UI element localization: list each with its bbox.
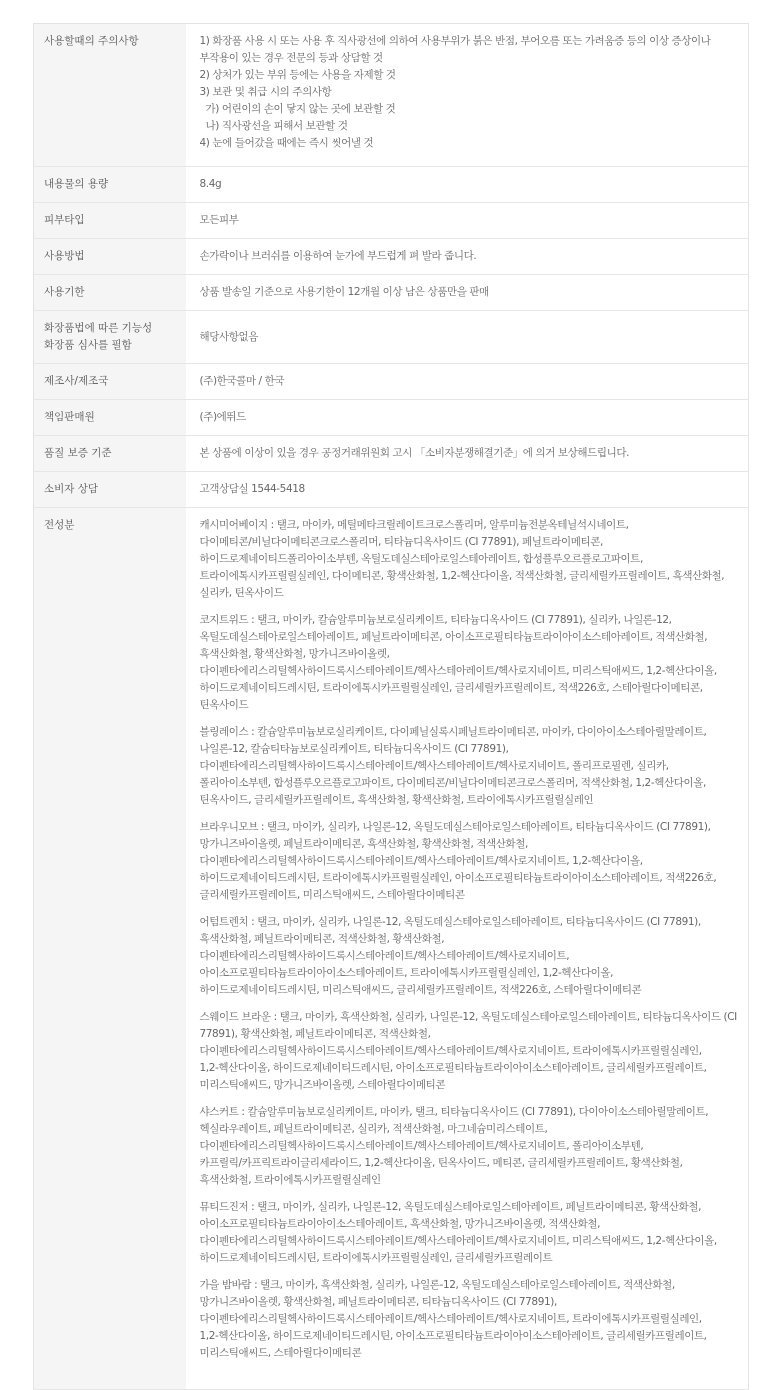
caution-line: 가) 어린이의 손이 닿지 않는 곳에 보관할 것 xyxy=(200,101,739,118)
ingredient-line: 다이펜타에리스리틸헥사하이드록시스테아레이트/헥사스테아레이트/헥사로지네이트,… xyxy=(200,853,739,870)
ingredient-line: 나일론-12, 칼슘티타늄보로실리케이트, 티타늄디옥사이드 (CI 77891… xyxy=(200,741,739,758)
ingredient-block: 샤스커트 : 칼슘알루미늄보로실리케이트, 마이카, 탤크, 티타늄디옥사이드 … xyxy=(200,1104,739,1189)
row-manufacturer: 제조사/제조국 (주)한국콜마 / 한국 xyxy=(34,364,749,400)
ingredient-line: 1,2-헥산다이올, 하이드로제네이티드레시틴, 아이소프로필티타늄트라이아이소… xyxy=(200,1328,739,1345)
ingredient-line: 다이펜타에리스리틸헥사하이드록시스테아레이트/헥사스테아레이트/헥사로지네이트,… xyxy=(200,758,739,775)
row-expiry: 사용기한 상품 발송일 기준으로 사용기한이 12개월 이상 남은 상품만을 판… xyxy=(34,275,749,311)
consumer-value: 고객상담실 1544-5418 xyxy=(186,472,749,508)
ingredient-line: 코지트위드 : 탤크, 마이카, 칼슘알루미늄보로실리케이트, 티타늄디옥사이드… xyxy=(200,612,739,629)
ingredient-line: 틴옥사이드 xyxy=(200,697,739,714)
ingredient-line: 실리카, 틴옥사이드 xyxy=(200,585,739,602)
ingredient-line: 흑색산화철, 트라이에톡시카프릴릴실레인 xyxy=(200,1172,739,1189)
ingredient-block: 브라우니모브 : 탤크, 마이카, 실리카, 나일론-12, 옥틸도데실스테아로… xyxy=(200,819,739,904)
ingredient-block: 캐시미어베이지 : 탤크, 마이카, 메틸메타크릴레이트크로스폴리머, 알루미늄… xyxy=(200,517,739,602)
caution-line: 부작용이 있는 경우 전문의 등과 상담할 것 xyxy=(200,50,739,67)
consumer-label: 소비자 상담 xyxy=(34,472,186,508)
ingredient-line: 트라이에톡시카프릴릴실레인, 다이메티콘, 황색산화철, 1,2-헥산다이올, … xyxy=(200,568,739,585)
ingredient-line: 흑색산화철, 황색산화철, 망가니즈바이올렛, xyxy=(200,646,739,663)
caution-line: 나) 직사광선을 피해서 보관할 것 xyxy=(200,118,739,135)
ingredient-block: 뮤티드진저 : 탤크, 마이카, 실리카, 나일론-12, 옥틸도데실스테아로일… xyxy=(200,1199,739,1267)
ingredient-line: 하이드로제네이티드폴리아이소부텐, 옥틸도데실스테아로일스테아레이트, 합성플루… xyxy=(200,551,739,568)
ingredient-line: 다이펜타에리스리틸헥사하이드록시스테아레이트/헥사스테아레이트/헥사로지네이트,… xyxy=(200,1311,739,1328)
ingredient-line: 헥실라우레이트, 페닐트라이메티콘, 실리카, 적색산화철, 마그네슘미리스테이… xyxy=(200,1121,739,1138)
ingredient-line: 77891), 황색산화철, 페닐트라이메티콘, 적색산화철, xyxy=(200,1026,739,1043)
row-volume: 내용물의 용량 8.4g xyxy=(34,167,749,203)
ingredient-line: 아이소프로필티타늄트라이아이소스테아레이트, 트라이에톡시카프릴릴실레인, 1,… xyxy=(200,965,739,982)
ingredient-line: 스웨이드 브라운 : 탤크, 마이카, 흑색산화철, 실리카, 나일론-12, … xyxy=(200,1009,739,1026)
volume-value: 8.4g xyxy=(186,167,749,203)
functional-value: 해당사항없음 xyxy=(186,311,749,364)
ingredient-line: 하이드로제네이티드레시틴, 트라이에톡시카프릴릴실레인, 글리세릴카프릴레이트,… xyxy=(200,680,739,697)
ingredient-line: 뮤티드진저 : 탤크, 마이카, 실리카, 나일론-12, 옥틸도데실스테아로일… xyxy=(200,1199,739,1216)
volume-label: 내용물의 용량 xyxy=(34,167,186,203)
ingredient-line: 다이펜타에리스리틸헥사하이드록시스테아레이트/헥사스테아레이트/헥사로지네이트,… xyxy=(200,1043,739,1060)
manufacturer-label: 제조사/제조국 xyxy=(34,364,186,400)
seller-value: (주)에뛰드 xyxy=(186,400,749,436)
ingredient-line: 하이드로제네이티드레시틴, 트라이에톡시카프릴릴실레인, 글리세릴카프릴레이트 xyxy=(200,1250,739,1267)
functional-label-line: 화장품법에 따른 기능성 xyxy=(44,320,176,337)
caution-value: 1) 화장품 사용 시 또는 사용 후 직사광선에 의하여 사용부위가 붉은 반… xyxy=(186,24,749,167)
ingredient-line: 미리스틱애씨드, 스테아릴다이메티콘 xyxy=(200,1345,739,1362)
caution-line: 1) 화장품 사용 시 또는 사용 후 직사광선에 의하여 사용부위가 붉은 반… xyxy=(200,33,739,50)
row-quality: 품질 보증 기준 본 상품에 이상이 있을 경우 공정거래위원회 고시 「소비자… xyxy=(34,436,749,472)
ingredient-line: 글리세릴카프릴레이트, 미리스틱애씨드, 스테아릴다이메티콘 xyxy=(200,887,739,904)
usage-label: 사용방법 xyxy=(34,239,186,275)
row-ingredients: 전성분 캐시미어베이지 : 탤크, 마이카, 메틸메타크릴레이트크로스폴리머, … xyxy=(34,508,749,1390)
ingredient-line: 다이펜타에리스리틸헥사하이드록시스테아레이트/헥사스테아레이트/헥사로지네이트, xyxy=(200,948,739,965)
ingredient-line: 다이펜타에리스리틸헥사하이드록시스테아레이트/헥사스테아레이트/헥사로지네이트,… xyxy=(200,663,739,680)
ingredient-line: 다이펜타에리스리틸헥사하이드록시스테아레이트/헥사스테아레이트/헥사로지네이트,… xyxy=(200,1233,739,1250)
ingredient-block: 블링레이스 : 칼슘알루미늄보로실리케이트, 다이페닐실록시페닐트라이메티콘, … xyxy=(200,724,739,809)
expiry-label: 사용기한 xyxy=(34,275,186,311)
ingredient-line: 샤스커트 : 칼슘알루미늄보로실리케이트, 마이카, 탤크, 티타늄디옥사이드 … xyxy=(200,1104,739,1121)
ingredient-block: 가을 밤바람 : 탤크, 마이카, 흑색산화철, 실리카, 나일론-12, 옥틸… xyxy=(200,1277,739,1362)
ingredient-line: 어텀트렌치 : 탤크, 마이카, 실리카, 나일론-12, 옥틸도데실스테아로일… xyxy=(200,914,739,931)
caution-line: 4) 눈에 들어갔을 때에는 즉시 씻어낼 것 xyxy=(200,135,739,152)
ingredient-line: 1,2-헥산다이올, 하이드로제네이티드레시틴, 아이소프로필티타늄트라이아이소… xyxy=(200,1060,739,1077)
row-seller: 책임판매원 (주)에뛰드 xyxy=(34,400,749,436)
ingredient-line: 블링레이스 : 칼슘알루미늄보로실리케이트, 다이페닐실록시페닐트라이메티콘, … xyxy=(200,724,739,741)
ingredient-block: 어텀트렌치 : 탤크, 마이카, 실리카, 나일론-12, 옥틸도데실스테아로일… xyxy=(200,914,739,999)
functional-label: 화장품법에 따른 기능성 화장품 심사를 필함 xyxy=(34,311,186,364)
row-usage: 사용방법 손가락이나 브러쉬를 이용하여 눈가에 부드럽게 펴 발라 줍니다. xyxy=(34,239,749,275)
manufacturer-value: (주)한국콜마 / 한국 xyxy=(186,364,749,400)
row-caution: 사용할때의 주의사항 1) 화장품 사용 시 또는 사용 후 직사광선에 의하여… xyxy=(34,24,749,167)
ingredient-line: 옥틸도데실스테아로일스테아레이트, 페닐트라이메티콘, 아이소프로필티타늄트라이… xyxy=(200,629,739,646)
ingredient-line: 다이메티콘/비닐다이메티콘크로스폴리머, 티타늄디옥사이드 (CI 77891)… xyxy=(200,534,739,551)
caution-label: 사용할때의 주의사항 xyxy=(34,24,186,167)
ingredient-block: 코지트위드 : 탤크, 마이카, 칼슘알루미늄보로실리케이트, 티타늄디옥사이드… xyxy=(200,612,739,714)
ingredient-line: 캐시미어베이지 : 탤크, 마이카, 메틸메타크릴레이트크로스폴리머, 알루미늄… xyxy=(200,517,739,534)
quality-value: 본 상품에 이상이 있을 경우 공정거래위원회 고시 「소비자분쟁해결기준」에 … xyxy=(186,436,749,472)
row-consumer: 소비자 상담 고객상담실 1544-5418 xyxy=(34,472,749,508)
ingredient-line: 가을 밤바람 : 탤크, 마이카, 흑색산화철, 실리카, 나일론-12, 옥틸… xyxy=(200,1277,739,1294)
ingredient-line: 미리스틱애씨드, 망가니즈바이올렛, 스테아릴다이메티콘 xyxy=(200,1077,739,1094)
expiry-value: 상품 발송일 기준으로 사용기한이 12개월 이상 남은 상품만을 판매 xyxy=(186,275,749,311)
ingredient-line: 망가니즈바이올렛, 황색산화철, 페닐트라이메티콘, 티타늄디옥사이드 (CI … xyxy=(200,1294,739,1311)
ingredient-line: 폴리아이소부텐, 합성플루오르플로고파이트, 다이메티콘/비닐다이메티콘크로스폴… xyxy=(200,775,739,792)
ingredients-label: 전성분 xyxy=(34,508,186,1390)
ingredient-line: 카프릴릭/카프릭트라이글리세라이드, 1,2-헥산다이올, 틴옥사이드, 메티콘… xyxy=(200,1155,739,1172)
ingredient-line: 망가니즈바이올렛, 페닐트라이메티콘, 흑색산화철, 황색산화철, 적색산화철, xyxy=(200,836,739,853)
skin-type-value: 모든피부 xyxy=(186,203,749,239)
caution-line: 2) 상처가 있는 부위 등에는 사용을 자제할 것 xyxy=(200,67,739,84)
row-skin-type: 피부타입 모든피부 xyxy=(34,203,749,239)
ingredient-line: 흑색산화철, 페닐트라이메티콘, 적색산화철, 황색산화철, xyxy=(200,931,739,948)
ingredients-value: 캐시미어베이지 : 탤크, 마이카, 메틸메타크릴레이트크로스폴리머, 알루미늄… xyxy=(186,508,749,1390)
quality-label: 품질 보증 기준 xyxy=(34,436,186,472)
row-functional: 화장품법에 따른 기능성 화장품 심사를 필함 해당사항없음 xyxy=(34,311,749,364)
ingredient-line: 아이소프로필티타늄트라이아이소스테아레이트, 흑색산화철, 망가니즈바이올렛, … xyxy=(200,1216,739,1233)
usage-value: 손가락이나 브러쉬를 이용하여 눈가에 부드럽게 펴 발라 줍니다. xyxy=(186,239,749,275)
functional-label-line: 화장품 심사를 필함 xyxy=(44,337,176,354)
skin-type-label: 피부타입 xyxy=(34,203,186,239)
ingredient-block: 스웨이드 브라운 : 탤크, 마이카, 흑색산화철, 실리카, 나일론-12, … xyxy=(200,1009,739,1094)
seller-label: 책임판매원 xyxy=(34,400,186,436)
ingredient-line: 하이드로제네이티드레시틴, 미리스틱애씨드, 글리세릴카프릴레이트, 적색226… xyxy=(200,982,739,999)
ingredient-line: 브라우니모브 : 탤크, 마이카, 실리카, 나일론-12, 옥틸도데실스테아로… xyxy=(200,819,739,836)
product-info-table: 사용할때의 주의사항 1) 화장품 사용 시 또는 사용 후 직사광선에 의하여… xyxy=(33,23,749,1390)
ingredient-line: 틴옥사이드, 글리세릴카프릴레이트, 흑색산화철, 황색산화철, 트라이에톡시카… xyxy=(200,792,739,809)
ingredient-line: 다이펜타에리스리틸헥사하이드록시스테아레이트/헥사스테아레이트/헥사로지네이트,… xyxy=(200,1138,739,1155)
ingredient-line: 하이드로제네이티드레시틴, 트라이에톡시카프릴릴실레인, 아이소프로필티타늄트라… xyxy=(200,870,739,887)
caution-line: 3) 보관 및 취급 시의 주의사항 xyxy=(200,84,739,101)
